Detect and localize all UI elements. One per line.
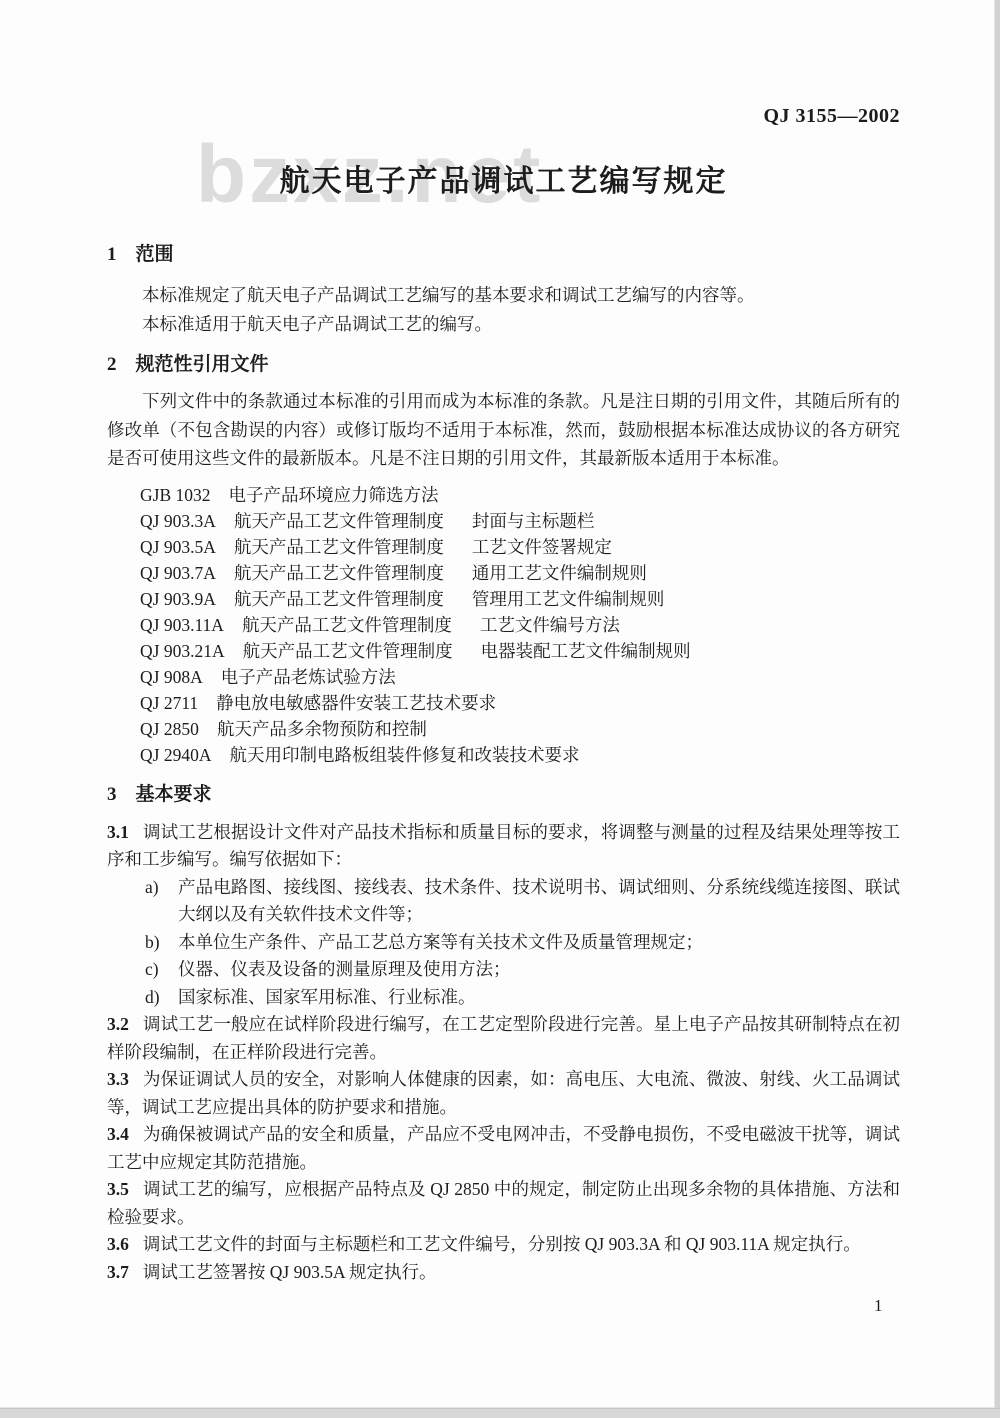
reference-code: QJ 903.21A bbox=[140, 641, 225, 661]
reference-name: 航天用印制电路板组装件修复和改装技术要求 bbox=[229, 745, 579, 765]
clause-number: 3.4 bbox=[107, 1124, 129, 1144]
page-number: 1 bbox=[874, 1296, 883, 1316]
reference-item: QJ 903.9A航天产品工艺文件管理制度管理用工艺文件编制规则 bbox=[107, 586, 900, 612]
list-item-label: a) bbox=[145, 874, 178, 929]
clause-number: 3.5 bbox=[107, 1179, 129, 1199]
list-item-a: a) 产品电路图、接线图、接线表、技术条件、技术说明书、调试细则、分系统线缆连接… bbox=[145, 874, 900, 929]
references-list: GJB 1032电子产品环境应力筛选方法 QJ 903.3A航天产品工艺文件管理… bbox=[107, 482, 900, 768]
references-intro: 下列文件中的条款通过本标准的引用而成为本标准的条款。凡是注日期的引用文件，其随后… bbox=[107, 387, 900, 473]
reference-item: QJ 903.3A航天产品工艺文件管理制度封面与主标题栏 bbox=[107, 508, 900, 534]
reference-code: QJ 908A bbox=[140, 667, 203, 687]
reference-name: 电子产品老炼试验方法 bbox=[221, 667, 396, 687]
reference-part: 电器装配工艺文件编制规则 bbox=[481, 641, 691, 661]
clause-number: 3.6 bbox=[107, 1234, 129, 1254]
list-item-label: b) bbox=[145, 929, 178, 957]
reference-name: 航天产品工艺文件管理制度 bbox=[242, 615, 452, 635]
clause-text: 为确保被调试产品的安全和质量，产品应不受电网冲击，不受静电损伤，不受电磁波干扰等… bbox=[107, 1124, 900, 1172]
section-2-heading: 2规范性引用文件 bbox=[107, 354, 900, 376]
document-page: bzxz.net QJ 3155—2002 航天电子产品调试工艺编写规定 1范围… bbox=[0, 0, 995, 1408]
list-item-b: b) 本单位生产条件、产品工艺总方案等有关技术文件及质量管理规定； bbox=[145, 929, 900, 957]
reference-part: 工艺文件编号方法 bbox=[480, 615, 620, 635]
reference-part: 工艺文件签署规定 bbox=[472, 537, 612, 557]
clause-3-6: 3.6调试工艺文件的封面与主标题栏和工艺文件编号，分别按 QJ 903.3A 和… bbox=[107, 1231, 900, 1259]
reference-item: QJ 2940A航天用印制电路板组装件修复和改装技术要求 bbox=[107, 742, 900, 768]
clause-text: 调试工艺根据设计文件对产品技术指标和质量目标的要求，将调整与测量的过程及结果处理… bbox=[107, 822, 900, 870]
section-3-heading: 3基本要求 bbox=[107, 784, 900, 806]
clause-number: 3.1 bbox=[107, 822, 129, 842]
clause-text: 调试工艺签署按 QJ 903.5A 规定执行。 bbox=[143, 1262, 437, 1282]
reference-name: 航天产品工艺文件管理制度 bbox=[234, 511, 444, 531]
reference-code: QJ 903.5A bbox=[140, 537, 216, 557]
list-item-text: 国家标准、国家军用标准、行业标准。 bbox=[178, 984, 900, 1012]
reference-code: QJ 903.11A bbox=[140, 615, 224, 635]
clause-text: 为保证调试人员的安全，对影响人体健康的因素，如：高电压、大电流、微波、射线、火工… bbox=[107, 1069, 900, 1117]
reference-item: GJB 1032电子产品环境应力筛选方法 bbox=[107, 482, 900, 508]
section-3-title: 基本要求 bbox=[136, 784, 212, 805]
clause-3-4: 3.4为确保被调试产品的安全和质量，产品应不受电网冲击，不受静电损伤，不受电磁波… bbox=[107, 1121, 900, 1176]
list-item-label: d) bbox=[145, 984, 178, 1012]
section-1-number: 1 bbox=[107, 244, 117, 265]
clause-3-1: 3.1调试工艺根据设计文件对产品技术指标和质量目标的要求，将调整与测量的过程及结… bbox=[107, 819, 900, 874]
clause-number: 3.3 bbox=[107, 1069, 129, 1089]
scope-paragraph-2: 本标准适用于航天电子产品调试工艺的编写。 bbox=[107, 310, 900, 339]
list-item-text: 本单位生产条件、产品工艺总方案等有关技术文件及质量管理规定； bbox=[178, 929, 900, 957]
list-item-c: c) 仪器、仪表及设备的测量原理及使用方法； bbox=[145, 956, 900, 984]
list-item-text: 仪器、仪表及设备的测量原理及使用方法； bbox=[178, 956, 900, 984]
section-2-title: 规范性引用文件 bbox=[136, 354, 269, 375]
page-content: QJ 3155—2002 航天电子产品调试工艺编写规定 1范围 本标准规定了航天… bbox=[0, 104, 995, 1286]
clause-number: 3.7 bbox=[107, 1262, 129, 1282]
reference-code: QJ 903.9A bbox=[140, 589, 216, 609]
list-item-text: 产品电路图、接线图、接线表、技术条件、技术说明书、调试细则、分系统线缆连接图、联… bbox=[178, 874, 900, 929]
reference-item: QJ 2711静电放电敏感器件安装工艺技术要求 bbox=[107, 690, 900, 716]
reference-name: 航天产品工艺文件管理制度 bbox=[234, 589, 444, 609]
reference-item: QJ 903.11A航天产品工艺文件管理制度工艺文件编号方法 bbox=[107, 612, 900, 638]
scope-paragraph-1: 本标准规定了航天电子产品调试工艺编写的基本要求和调试工艺编写的内容等。 bbox=[107, 281, 900, 310]
reference-name: 航天产品工艺文件管理制度 bbox=[234, 537, 444, 557]
reference-name: 电子产品环境应力筛选方法 bbox=[229, 485, 439, 505]
reference-code: QJ 2940A bbox=[140, 745, 211, 765]
scan-edge-right bbox=[995, 0, 1000, 1418]
section-1-title: 范围 bbox=[136, 244, 174, 265]
clause-text: 调试工艺的编写，应根据产品特点及 QJ 2850 中的规定，制定防止出现多余物的… bbox=[107, 1179, 900, 1227]
reference-code: QJ 903.3A bbox=[140, 511, 216, 531]
reference-part: 通用工艺文件编制规则 bbox=[472, 563, 647, 583]
doc-code: QJ 3155—2002 bbox=[107, 104, 900, 128]
reference-part: 封面与主标题栏 bbox=[472, 511, 595, 531]
reference-name: 航天产品工艺文件管理制度 bbox=[243, 641, 453, 661]
reference-item: QJ 903.7A航天产品工艺文件管理制度通用工艺文件编制规则 bbox=[107, 560, 900, 586]
reference-item: QJ 903.21A航天产品工艺文件管理制度电器装配工艺文件编制规则 bbox=[107, 638, 900, 664]
clause-3-2: 3.2调试工艺一般应在试样阶段进行编写，在工艺定型阶段进行完善。星上电子产品按其… bbox=[107, 1011, 900, 1066]
reference-name: 航天产品多余物预防和控制 bbox=[217, 719, 427, 739]
section-3-number: 3 bbox=[107, 784, 117, 805]
reference-item: QJ 2850航天产品多余物预防和控制 bbox=[107, 716, 900, 742]
reference-code: QJ 2711 bbox=[140, 693, 198, 713]
page-title: 航天电子产品调试工艺编写规定 bbox=[107, 162, 900, 202]
reference-part: 管理用工艺文件编制规则 bbox=[472, 589, 665, 609]
reference-name: 静电放电敏感器件安装工艺技术要求 bbox=[216, 693, 496, 713]
section-1-heading: 1范围 bbox=[107, 244, 900, 266]
clause-3-5: 3.5调试工艺的编写，应根据产品特点及 QJ 2850 中的规定，制定防止出现多… bbox=[107, 1176, 900, 1231]
list-item-d: d) 国家标准、国家军用标准、行业标准。 bbox=[145, 984, 900, 1012]
reference-item: QJ 908A电子产品老炼试验方法 bbox=[107, 664, 900, 690]
reference-code: GJB 1032 bbox=[140, 485, 211, 505]
reference-name: 航天产品工艺文件管理制度 bbox=[234, 563, 444, 583]
list-item-label: c) bbox=[145, 956, 178, 984]
reference-item: QJ 903.5A航天产品工艺文件管理制度工艺文件签署规定 bbox=[107, 534, 900, 560]
clause-text: 调试工艺一般应在试样阶段进行编写，在工艺定型阶段进行完善。星上电子产品按其研制特… bbox=[107, 1014, 900, 1062]
section-2-number: 2 bbox=[107, 354, 117, 375]
clause-3-7: 3.7调试工艺签署按 QJ 903.5A 规定执行。 bbox=[107, 1259, 900, 1287]
clause-number: 3.2 bbox=[107, 1014, 129, 1034]
reference-code: QJ 903.7A bbox=[140, 563, 216, 583]
scan-edge-bottom bbox=[0, 1408, 1000, 1418]
clause-text: 调试工艺文件的封面与主标题栏和工艺文件编号，分别按 QJ 903.3A 和 QJ… bbox=[143, 1234, 861, 1254]
clause-3-3: 3.3为保证调试人员的安全，对影响人体健康的因素，如：高电压、大电流、微波、射线… bbox=[107, 1066, 900, 1121]
reference-code: QJ 2850 bbox=[140, 719, 199, 739]
